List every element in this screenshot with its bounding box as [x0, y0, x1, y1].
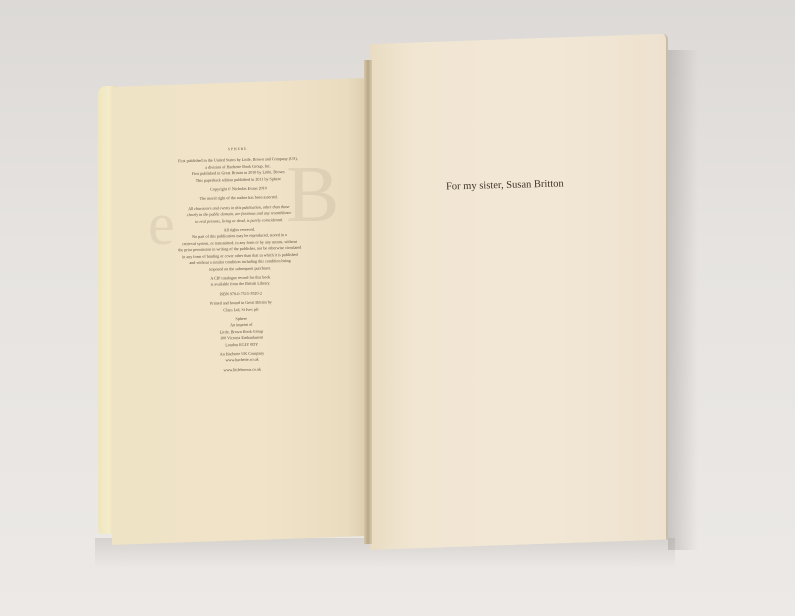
moral-right-line: The moral right of the author has been a… — [139, 193, 339, 204]
disclaimer: All characters and events in this public… — [139, 203, 339, 226]
publication-history: First published in the United States by … — [138, 155, 338, 185]
copyright-line: Copyright © Nicholas Evans 2010 — [138, 184, 338, 195]
right-page — [370, 34, 668, 550]
publisher-address: Sphere An imprint of Little, Brown Book … — [141, 314, 342, 350]
cip-notice: A CIP catalogue record for this book is … — [140, 273, 340, 290]
photo-scene: B e SPHERE First published in the United… — [0, 0, 795, 616]
book-shadow — [668, 50, 698, 550]
book-gutter — [364, 60, 372, 544]
copyright-page-text: SPHERE First published in the United Sta… — [138, 144, 343, 378]
isbn: ISBN 978-0-7515-3920-2 — [141, 289, 341, 300]
website: www.littlebrown.co.uk — [142, 365, 342, 376]
printer-info: Printed and bound in Great Britain by Cl… — [141, 298, 341, 315]
rights-notice: All rights reserved. No part of this pub… — [139, 225, 340, 274]
parent-company: An Hachette UK Company www.hachette.co.u… — [142, 349, 342, 366]
